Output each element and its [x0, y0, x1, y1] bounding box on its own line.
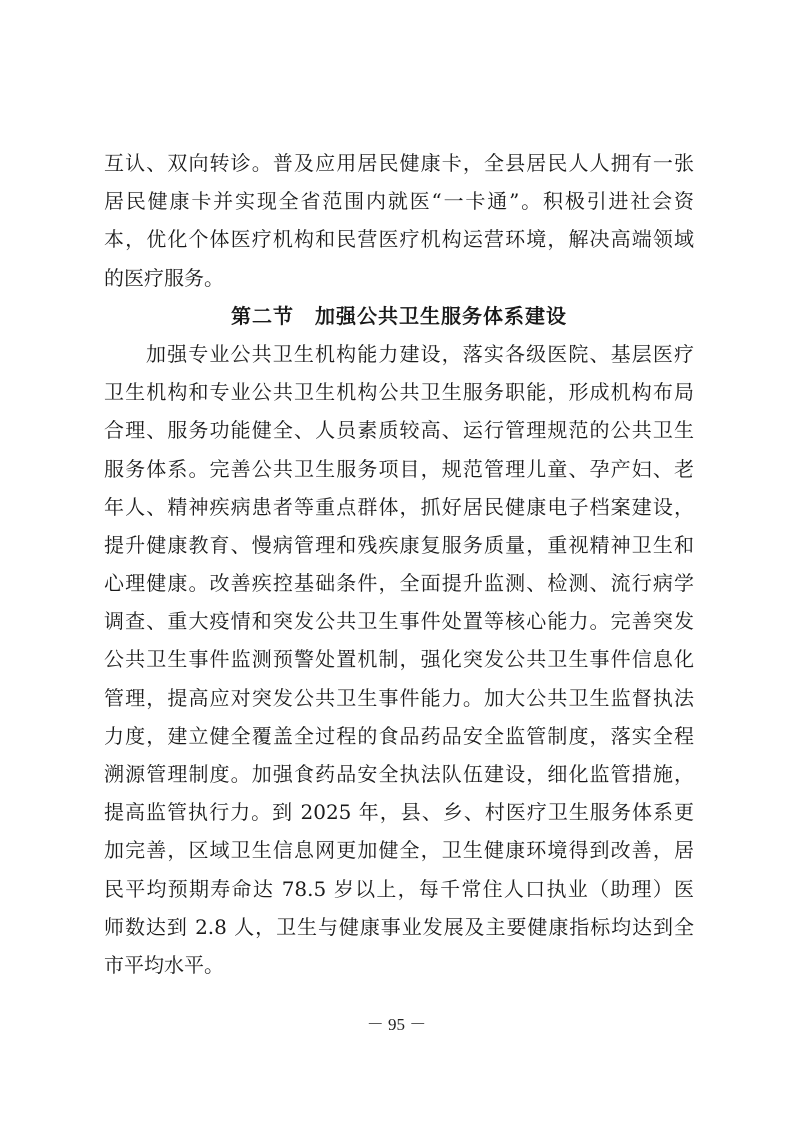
document-page: 互认、双向转诊。普及应用居民健康卡，全县居民人人拥有一张 居民健康卡并实现全省范…: [104, 144, 694, 984]
text-line: 互认、双向转诊。普及应用居民健康卡，全县居民人人拥有一张: [104, 144, 694, 182]
text-line: 民平均预期寿命达 78.5 岁以上，每千常住人口执业（助理）医: [104, 870, 694, 908]
text-line: 市平均水平。: [104, 946, 694, 984]
body-paragraph: 加强专业公共卫生机构能力建设，落实各级医院、基层医疗 卫生机构和专业公共卫生机构…: [104, 335, 694, 984]
text-line: 加强专业公共卫生机构能力建设，落实各级医院、基层医疗: [104, 335, 694, 373]
text-line: 本，优化个体医疗机构和民营医疗机构运营环境，解决高端领域: [104, 220, 694, 258]
text-line: 公共卫生事件监测预警处置机制，强化突发公共卫生事件信息化: [104, 640, 694, 678]
continuation-paragraph: 互认、双向转诊。普及应用居民健康卡，全县居民人人拥有一张 居民健康卡并实现全省范…: [104, 144, 694, 297]
text-line: 师数达到 2.8 人，卫生与健康事业发展及主要健康指标均达到全: [104, 908, 694, 946]
text-line: 力度，建立健全覆盖全过程的食品药品安全监管制度，落实全程: [104, 717, 694, 755]
text-line: 居民健康卡并实现全省范围内就医“一卡通”。积极引进社会资: [104, 182, 694, 220]
text-line: 服务体系。完善公共卫生服务项目，规范管理儿童、孕产妇、老: [104, 450, 694, 488]
text-line: 心理健康。改善疾控基础条件，全面提升监测、检测、流行病学: [104, 564, 694, 602]
section-heading: 第二节 加强公共卫生服务体系建设: [104, 297, 694, 335]
text-line: 提升健康教育、慢病管理和残疾康复服务质量，重视精神卫生和: [104, 526, 694, 564]
text-line: 调查、重大疫情和突发公共卫生事件处置等核心能力。完善突发: [104, 602, 694, 640]
text-line: 年人、精神疾病患者等重点群体，抓好居民健康电子档案建设，: [104, 488, 694, 526]
text-line: 合理、服务功能健全、人员素质较高、运行管理规范的公共卫生: [104, 411, 694, 449]
text-line: 加完善，区域卫生信息网更加健全，卫生健康环境得到改善，居: [104, 831, 694, 869]
text-line: 管理，提高应对突发公共卫生事件能力。加大公共卫生监督执法: [104, 679, 694, 717]
text-line: 溯源管理制度。加强食药品安全执法队伍建设，细化监管措施，: [104, 755, 694, 793]
text-line: 的医疗服务。: [104, 259, 694, 297]
page-number: － 95 －: [0, 1010, 793, 1035]
text-line: 卫生机构和专业公共卫生机构公共卫生服务职能，形成机构布局: [104, 373, 694, 411]
text-line: 提高监管执行力。到 2025 年，县、乡、村医疗卫生服务体系更: [104, 793, 694, 831]
